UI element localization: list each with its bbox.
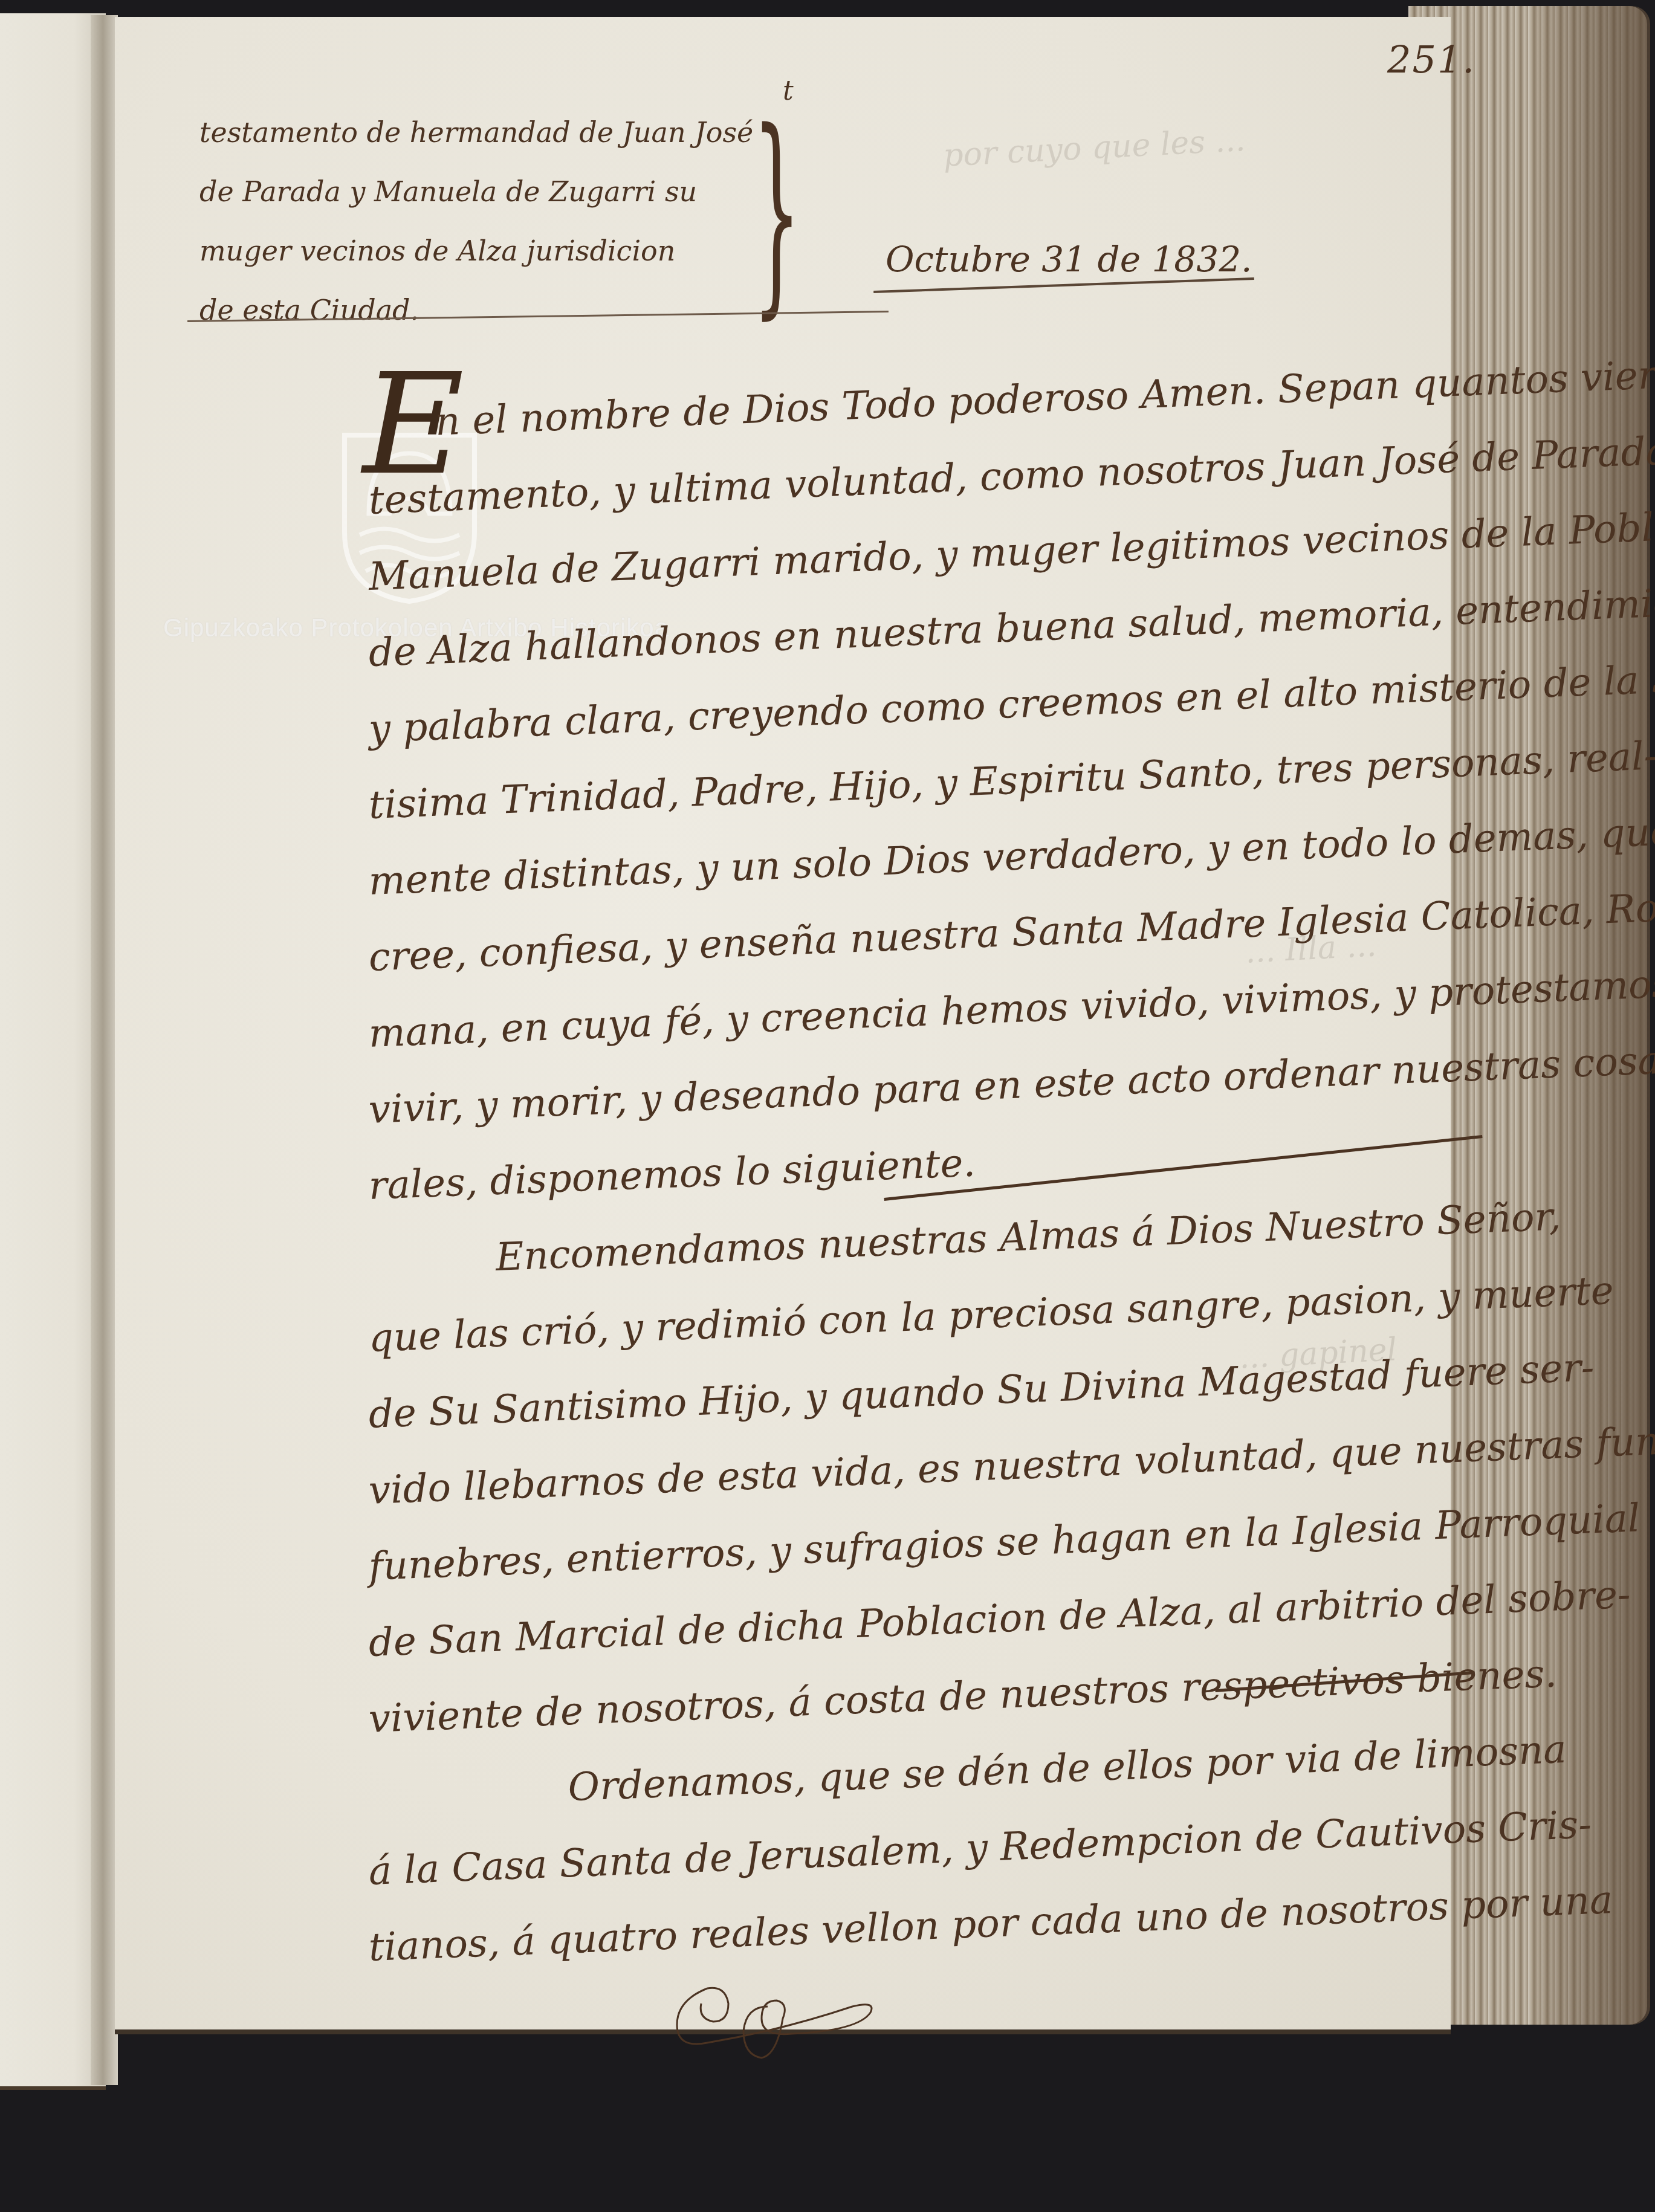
marginal-note-line: de Parada y Manuela de Zugarri su [199, 162, 792, 221]
book-gutter [91, 15, 118, 2085]
curly-brace: } [753, 115, 801, 308]
marginal-note-line: testamento de hermandad de Juan José [199, 103, 792, 162]
folio-number: 251. [1387, 37, 1475, 82]
marginal-note-line: de esta Ciudad. [199, 280, 792, 340]
background-table [0, 2091, 1655, 2212]
rubric-flourish-icon [671, 1976, 889, 2061]
testament-body: n el nombre de Dios Todo poderoso Amen. … [369, 387, 1505, 1986]
left-facing-page [0, 13, 106, 2090]
marginal-note: testamento de hermandad de Juan José de … [199, 103, 792, 340]
document-date: Octubre 31 de 1832. [886, 239, 1252, 280]
marginal-note-line: muger vecinos de Alza jurisdicion [199, 221, 792, 280]
